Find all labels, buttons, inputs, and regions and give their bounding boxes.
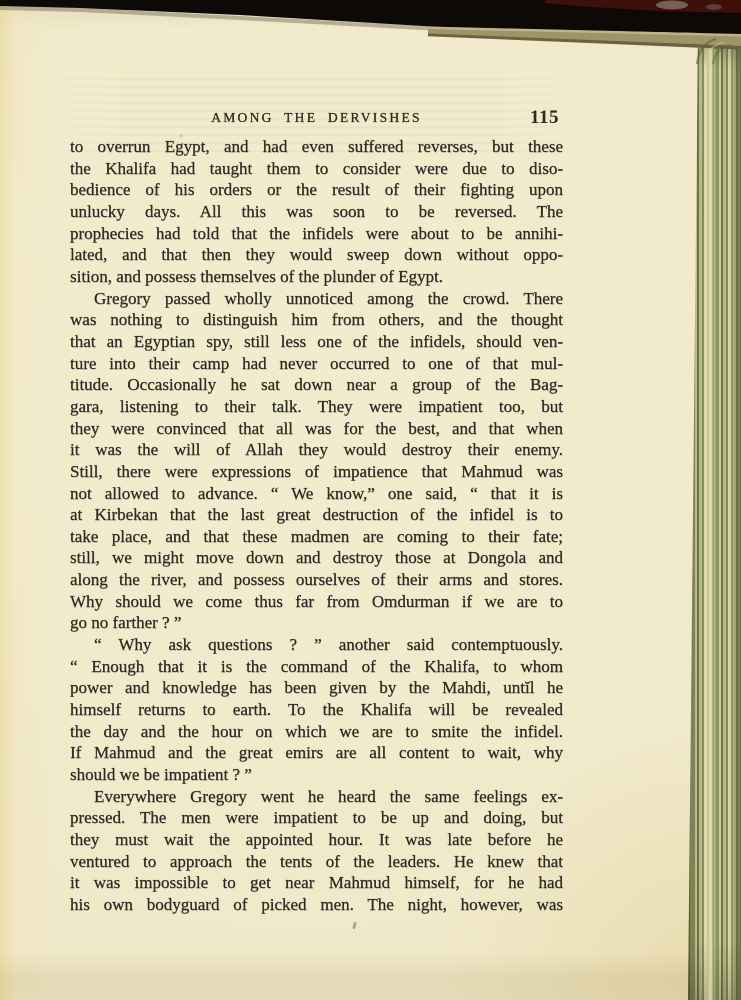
text-line: take place, and that these madmen are co… [70, 526, 563, 548]
text-line: not allowed to advance. “ We know,” one … [70, 483, 563, 505]
text-line: at Kirbekan that the last great destruct… [70, 504, 563, 526]
text-line: the Khalifa had taught them to consider … [70, 158, 563, 180]
text-line: unlucky days. All this was soon to be re… [70, 201, 563, 223]
text-line: it was impossible to get near Mahmud him… [70, 872, 563, 894]
text-line: it was the will of Allah they would dest… [70, 439, 563, 461]
text-line: they must wait the appointed hour. It wa… [70, 829, 563, 851]
text-line: Why should we come thus far from Omdurma… [70, 591, 563, 613]
page-text: to overrun Egypt, and had even suffered … [70, 136, 563, 916]
text-line: his own bodyguard of picked men. The nig… [70, 894, 563, 916]
text-line: still, we might move down and destroy th… [70, 547, 563, 569]
text-line: pressed. The men were impatient to be up… [70, 807, 563, 829]
text-line: “ Enough that it is the command of the K… [70, 656, 563, 678]
text-line: ventured to approach the tents of the le… [70, 851, 563, 873]
text-line: himself returns to earth. To the Khalifa… [70, 699, 563, 721]
text-line: “ Why ask questions ? ” another said con… [70, 634, 563, 656]
text-line: was nothing to distinguish him from othe… [70, 309, 563, 331]
text-line: bedience of his orders or the result of … [70, 179, 563, 201]
text-line: power and knowledge has been given by th… [70, 677, 563, 699]
text-line: ture into their camp had never occurred … [70, 353, 563, 375]
text-line: prophecies had told that the infidels we… [70, 223, 563, 245]
text-line: If Mahmud and the great emirs are all co… [70, 742, 563, 764]
running-title: AMONG THE DERVISHES [211, 110, 422, 126]
text-line: Everywhere Gregory went he heard the sam… [70, 786, 563, 808]
text-line: lated, and that then they would sweep do… [70, 244, 563, 266]
text-line: they were convinced that all was for the… [70, 418, 563, 440]
text-line: gara, listening to their talk. They were… [70, 396, 563, 418]
text-line: titude. Occasionally he sat down near a … [70, 374, 563, 396]
text-line: the day and the hour on which we are to … [70, 721, 563, 743]
text-line: should we be impatient ? ” [70, 764, 563, 786]
text-line: go no farther ? ” [70, 612, 563, 634]
text-line: sition, and possess themselves of the pl… [70, 266, 563, 288]
scanned-book-photo: AMONG THE DERVISHES 115 to overrun Egypt… [0, 0, 741, 1000]
running-header: AMONG THE DERVISHES 115 [70, 103, 563, 129]
text-line: along the river, and possess ourselves o… [70, 569, 563, 591]
text-line: Still, there were expressions of impatie… [70, 461, 563, 483]
text-line: that an Egyptian spy, still less one of … [70, 331, 563, 353]
text-line: Gregory passed wholly unnoticed among th… [70, 288, 563, 310]
page-number: 115 [530, 107, 559, 129]
book-page: AMONG THE DERVISHES 115 to overrun Egypt… [0, 0, 713, 1000]
text-line: to overrun Egypt, and had even suffered … [70, 136, 563, 158]
ink-speck [352, 922, 357, 930]
